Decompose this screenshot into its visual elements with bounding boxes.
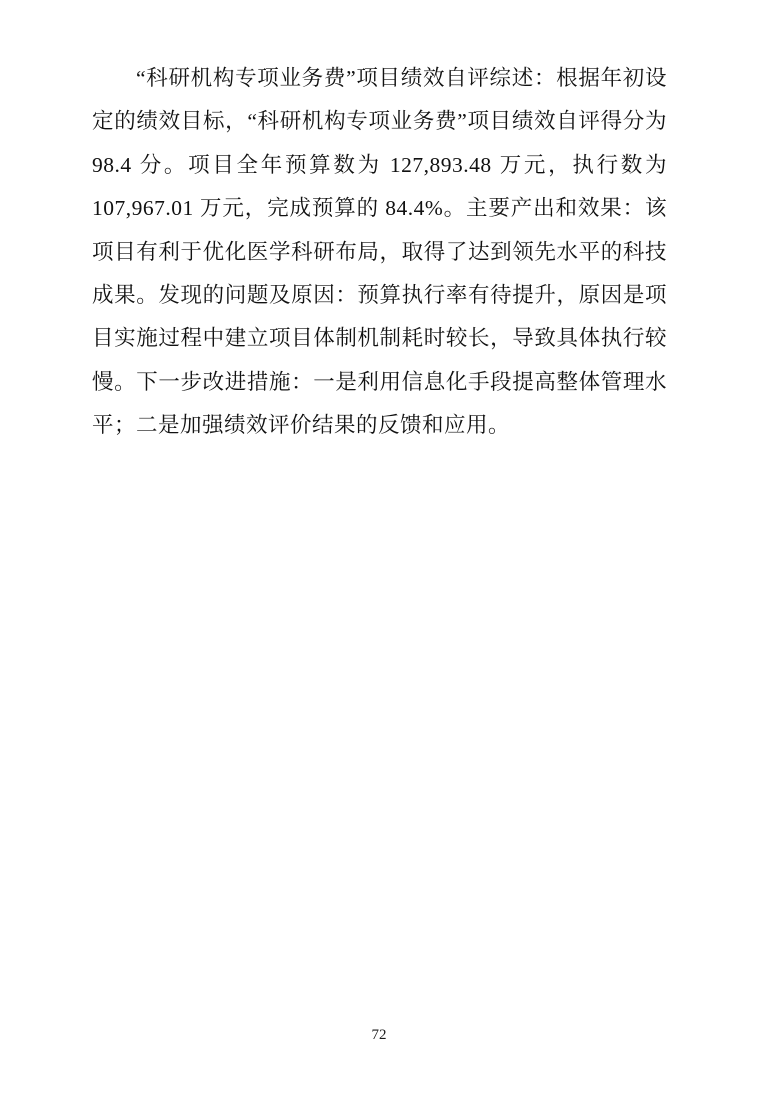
text-line: 项目有利于优化医学科研布局，取得了达到领先水平的科技 — [92, 231, 667, 274]
text-line: 107,967.01 万元，完成预算的 84.4%。主要产出和效果：该 — [92, 187, 667, 230]
text-line: 成果。发现的问题及原因：预算执行率有待提升，原因是项 — [92, 274, 667, 317]
text-line: 定的绩效目标，“科研机构专项业务费”项目绩效自评得分为 — [92, 100, 667, 143]
document-page: “科研机构专项业务费”项目绩效自评综述：根据年初设 定的绩效目标，“科研机构专项… — [0, 0, 758, 1100]
text-line: “科研机构专项业务费”项目绩效自评综述：根据年初设 — [92, 57, 667, 100]
self-evaluation-paragraph: “科研机构专项业务费”项目绩效自评综述：根据年初设 定的绩效目标，“科研机构专项… — [92, 57, 667, 448]
text-line: 98.4 分。项目全年预算数为 127,893.48 万元，执行数为 — [92, 144, 667, 187]
page-number: 72 — [0, 1026, 758, 1044]
text-line: 目实施过程中建立项目体制机制耗时较长，导致具体执行较 — [92, 317, 667, 360]
text-line: 平；二是加强绩效评价结果的反馈和应用。 — [92, 404, 667, 447]
text-line: 慢。下一步改进措施：一是利用信息化手段提高整体管理水 — [92, 361, 667, 404]
